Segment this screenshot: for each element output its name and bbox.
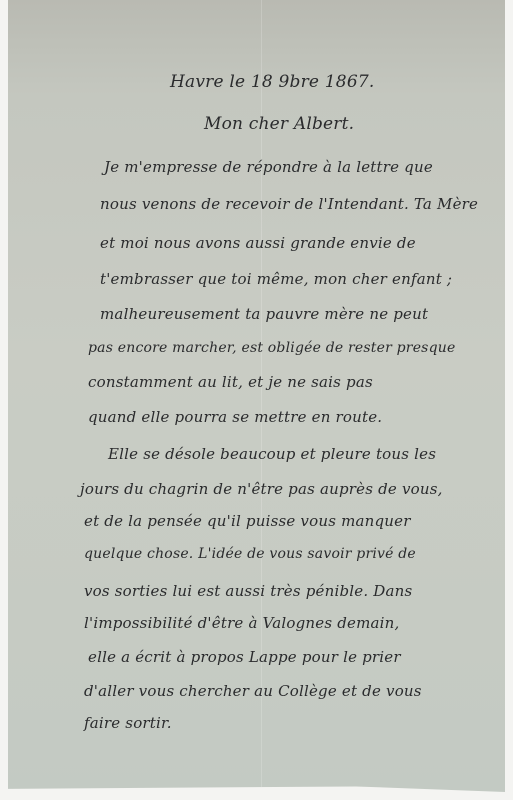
salutation: Mon cher Albert. xyxy=(204,114,354,134)
letter-line: quelque chose. L'idée de vous savoir pri… xyxy=(84,546,416,562)
letter-line: et moi nous avons aussi grande envie de xyxy=(100,234,416,252)
letter-line: Je m'empresse de répondre à la lettre qu… xyxy=(104,158,433,176)
letter-line: l'impossibilité d'être à Valognes demain… xyxy=(84,614,400,632)
dateline: Havre le 18 9bre 1867. xyxy=(170,72,374,92)
letter-line: quand elle pourra se mettre en route. xyxy=(88,408,382,426)
letter-line: t'embrasser que toi même, mon cher enfan… xyxy=(100,270,452,288)
letter-line: Elle se désole beaucoup et pleure tous l… xyxy=(108,445,436,463)
letter-line: nous venons de recevoir de l'Intendant. … xyxy=(100,195,478,213)
letter-line: elle a écrit à propos Lappe pour le prie… xyxy=(88,648,401,666)
letter-line: jours du chagrin de n'être pas auprès de… xyxy=(80,480,443,498)
letter-paper: Havre le 18 9bre 1867. Mon cher Albert. … xyxy=(8,0,505,792)
letter-line: malheureusement ta pauvre mère ne peut xyxy=(100,305,428,323)
letter-line: vos sorties lui est aussi très pénible. … xyxy=(84,582,412,600)
letter-line: faire sortir. xyxy=(84,714,172,732)
letter-line: pas encore marcher, est obligée de reste… xyxy=(88,340,455,356)
letter-line: et de la pensée qu'il puisse vous manque… xyxy=(84,512,411,530)
letter-line: constamment au lit, et je ne sais pas xyxy=(88,373,373,391)
letter-line: d'aller vous chercher au Collège et de v… xyxy=(84,682,422,700)
